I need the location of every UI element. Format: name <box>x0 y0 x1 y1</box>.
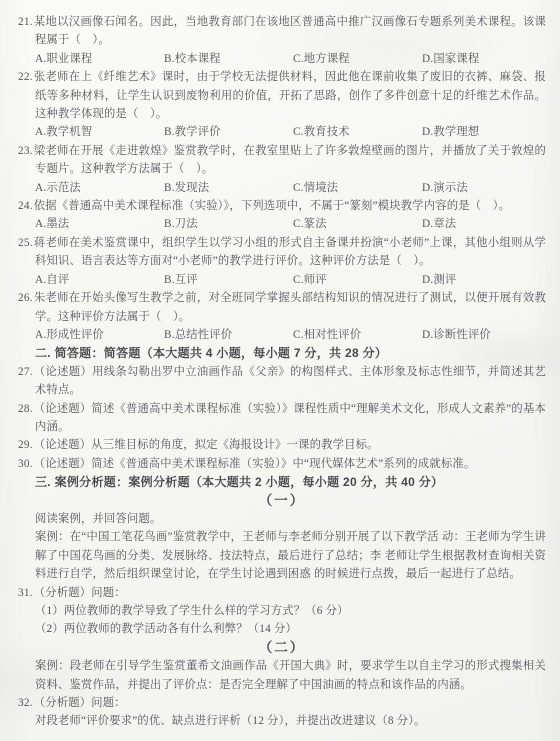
question-22: 22.张老师在上《纤维艺术》课时，由于学校无法提供材料，因此他在课前收集了废旧的… <box>18 68 546 123</box>
question-number: 23. <box>18 145 34 157</box>
question-text: 依据《普通高中美术课程标准（实验）》，下列选项中，不属于“篆刻”模块教学内容的是… <box>34 200 510 212</box>
question-27: 27.（论述题）用线条勾勒出罗中立油画作品《父亲》的构图样式、主体形象及标志性细… <box>18 363 546 400</box>
option-a: A.墨法 <box>35 215 164 233</box>
option-b: B.互评 <box>164 271 293 289</box>
question-text: （论述题）简述《普通高中美术课程标准（实验）》中“现代媒体艺术”系列的成就标准。 <box>34 458 476 470</box>
option-a: A.职业课程 <box>35 50 164 68</box>
option-d: D.测评 <box>422 271 546 289</box>
question-text: 张老师在上《纤维艺术》课时，由于学校无法提供材料，因此他在课前收集了废旧的衣裤、… <box>34 71 546 120</box>
option-d: D.教学理想 <box>422 123 546 141</box>
option-a: A.示范法 <box>35 179 164 197</box>
option-d: D.国家课程 <box>422 50 546 68</box>
question-number: 31. <box>18 587 34 599</box>
question-26: 26.朱老师在开始头像写生教学之前，对全班同学掌握头部结构知识的情况进行了测试，… <box>18 289 546 326</box>
option-c: C.地方课程 <box>293 50 422 68</box>
question-25-options: A.自评 B.互评 C.师评 D.测评 <box>18 271 546 289</box>
question-label: （分析题）问题： <box>34 697 126 709</box>
option-c: C.师评 <box>293 271 422 289</box>
option-b: B.教学评价 <box>164 123 293 141</box>
question-number: 28. <box>18 403 34 415</box>
question-text: （论述题）从三维目标的角度，拟定《海报设计》一课的教学目标。 <box>34 439 379 451</box>
question-23: 23.梁老师在开展《走进敦煌》鉴赏教学时，在教室里贴上了许多敦煌壁画的图片，并播… <box>18 142 546 179</box>
case-1-title: （一） <box>18 492 546 510</box>
option-b: B.发现法 <box>164 179 293 197</box>
question-21: 21.某地以汉画像石闻名。因此，当地教育部门在该地区普通高中推广汉画像石专题系列… <box>18 13 546 50</box>
option-c: C.情境法 <box>293 179 422 197</box>
section-2-heading: 二. 简答题：简答题（本大题共 4 小题，每小题 7 分，共 28 分） <box>18 344 546 362</box>
question-32: 32.（分析题）问题： <box>18 694 546 712</box>
question-text: 朱老师在开始头像写生教学之前，对全班同学掌握头部结构知识的情况进行了测试，以便开… <box>34 292 546 322</box>
question-26-options: A.形成性评价 B.总结性评价 C.相对性评价 D.诊断性评价 <box>18 326 546 344</box>
question-31-sub-2: （2）两位教师的教学活动各有什么利弊？（14 分） <box>18 620 546 638</box>
question-32-sub-1: 对段老师“评价要求”的优、缺点进行评析（12 分），并提出改进建议（8 分）。 <box>18 712 546 730</box>
question-30: 30.（论述题）简述《普通高中美术课程标准（实验）》中“现代媒体艺术”系列的成就… <box>18 455 546 473</box>
question-number: 30. <box>18 458 34 470</box>
question-number: 25. <box>18 237 34 249</box>
case-2-title: （二） <box>18 639 546 657</box>
exam-document-page: 21.某地以汉画像石闻名。因此，当地教育部门在该地区普通高中推广汉画像石专题系列… <box>0 0 560 741</box>
option-c: C.教育技术 <box>293 123 422 141</box>
option-b: B.校本课程 <box>164 50 293 68</box>
case-1-body: 案例：在“中国工笔花鸟画”鉴赏教学中，王老师与李老师分别开展了以下教学活 动：王… <box>18 528 546 583</box>
question-28: 28.（论述题）简述《普通高中美术课程标准（实验）》课程性质中“理解美术文化，形… <box>18 400 546 437</box>
case-1-intro: 阅读案例，并回答问题。 <box>18 510 546 528</box>
question-number: 29. <box>18 439 34 451</box>
question-number: 22. <box>18 71 34 83</box>
case-2-body: 案例：段老师在引导学生鉴赏董希文油画作品《开国大典》时，要求学生以自主学习的形式… <box>18 657 546 694</box>
question-31-sub-1: （1）两位教师的教学导致了学生什么样的学习方式？（6 分） <box>18 602 546 620</box>
question-23-options: A.示范法 B.发现法 C.情境法 D.演示法 <box>18 179 546 197</box>
question-number: 24. <box>18 200 34 212</box>
question-text: 某地以汉画像石闻名。因此，当地教育部门在该地区普通高中推广汉画像石专题系列美术课… <box>34 16 546 46</box>
question-text: 梁老师在开展《走进敦煌》鉴赏教学时，在教室里贴上了许多敦煌壁画的图片，并播放了关… <box>34 145 546 175</box>
option-a: A.教学机智 <box>35 123 164 141</box>
question-25: 25.蒋老师在美术鉴赏课中，组织学生以学习小组的形式自主备课并扮演“小老师”上课… <box>18 234 546 271</box>
question-text: （论述题）用线条勾勒出罗中立油画作品《父亲》的构图样式、主体形象及标志性细节，并… <box>34 366 546 396</box>
option-c: C.相对性评价 <box>293 326 422 344</box>
question-29: 29.（论述题）从三维目标的角度，拟定《海报设计》一课的教学目标。 <box>18 436 546 454</box>
question-label: （分析题）问题： <box>34 587 126 599</box>
question-text: 蒋老师在美术鉴赏课中，组织学生以学习小组的形式自主备课并扮演“小老师”上课，其他… <box>34 237 546 267</box>
option-d: D.演示法 <box>422 179 546 197</box>
option-a: A.自评 <box>35 271 164 289</box>
option-b: B.总结性评价 <box>164 326 293 344</box>
question-31: 31.（分析题）问题： <box>18 584 546 602</box>
option-c: C.篆法 <box>293 215 422 233</box>
question-24: 24.依据《普通高中美术课程标准（实验）》，下列选项中，不属于“篆刻”模块教学内… <box>18 197 546 215</box>
option-b: B.刀法 <box>164 215 293 233</box>
question-21-options: A.职业课程 B.校本课程 C.地方课程 D.国家课程 <box>18 50 546 68</box>
section-3-heading: 三. 案例分析题：案例分析题（本大题共 2 小题，每小题 20 分，共 40 分… <box>18 473 546 491</box>
question-number: 21. <box>18 16 34 28</box>
question-number: 26. <box>18 292 34 304</box>
question-number: 32. <box>18 697 34 709</box>
question-text: （论述题）简述《普通高中美术课程标准（实验）》课程性质中“理解美术文化，形成人文… <box>34 403 546 433</box>
question-number: 27. <box>18 366 34 378</box>
option-d: D.诊断性评价 <box>422 326 546 344</box>
option-d: D.章法 <box>422 215 546 233</box>
question-22-options: A.教学机智 B.教学评价 C.教育技术 D.教学理想 <box>18 123 546 141</box>
option-a: A.形成性评价 <box>35 326 164 344</box>
question-24-options: A.墨法 B.刀法 C.篆法 D.章法 <box>18 215 546 233</box>
